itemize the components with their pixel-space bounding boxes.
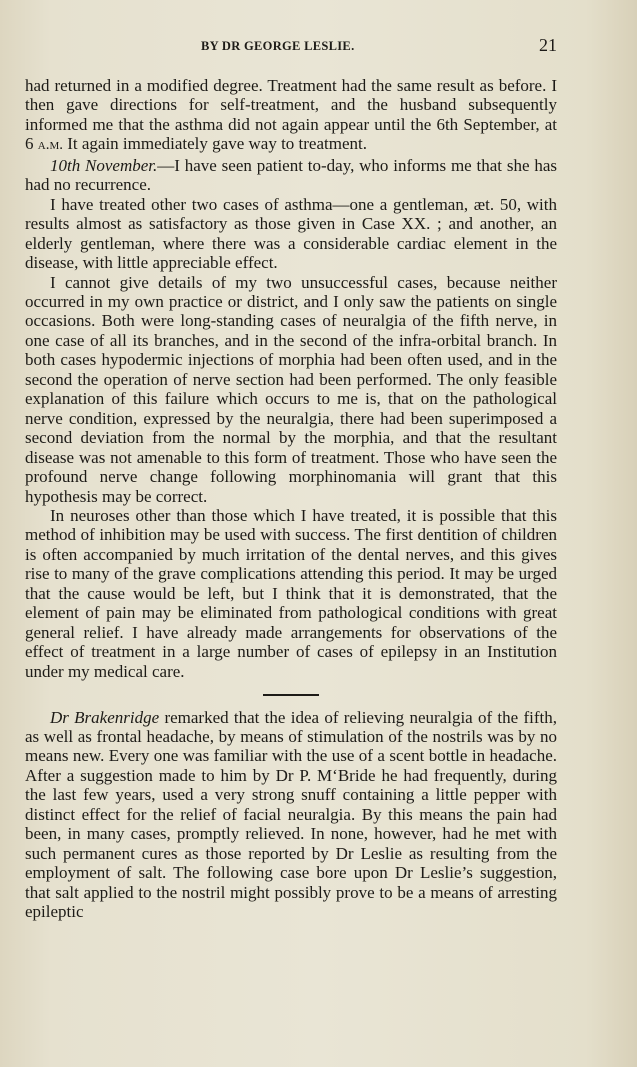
running-title: BY DR GEORGE LESLIE.: [201, 39, 355, 54]
body-text: had returned in a modified degree. Treat…: [25, 76, 557, 922]
paragraph-text: In neuroses other than those which I hav…: [25, 506, 557, 681]
paragraph-6: Dr Brakenridge remarked that the idea of…: [25, 708, 557, 922]
running-head: BY DR GEORGE LESLIE. 21: [25, 37, 557, 57]
page-number: 21: [539, 35, 557, 56]
section-divider-rule: [263, 694, 319, 696]
paragraph-5: In neuroses other than those which I hav…: [25, 506, 557, 681]
paragraph-3: I have treated other two cases of asthma…: [25, 195, 557, 273]
paragraph-text: I cannot give details of my two unsucces…: [25, 273, 557, 506]
paragraph-2: 10th November.—I have seen patient to-da…: [25, 156, 557, 195]
speaker-name: Dr Brakenridge: [50, 708, 159, 727]
paragraph-4: I cannot give details of my two unsucces…: [25, 273, 557, 506]
paragraph-text: remarked that the idea of relieving neur…: [25, 708, 557, 922]
paragraph-text-tail: It again immediately gave way to treatme…: [63, 134, 367, 153]
date-heading: 10th November.: [50, 156, 157, 175]
time-smallcaps: A.M.: [38, 137, 63, 153]
paragraph-text: I have treated other two cases of asthma…: [25, 195, 557, 272]
paragraph-1: had returned in a modified degree. Treat…: [25, 76, 557, 156]
